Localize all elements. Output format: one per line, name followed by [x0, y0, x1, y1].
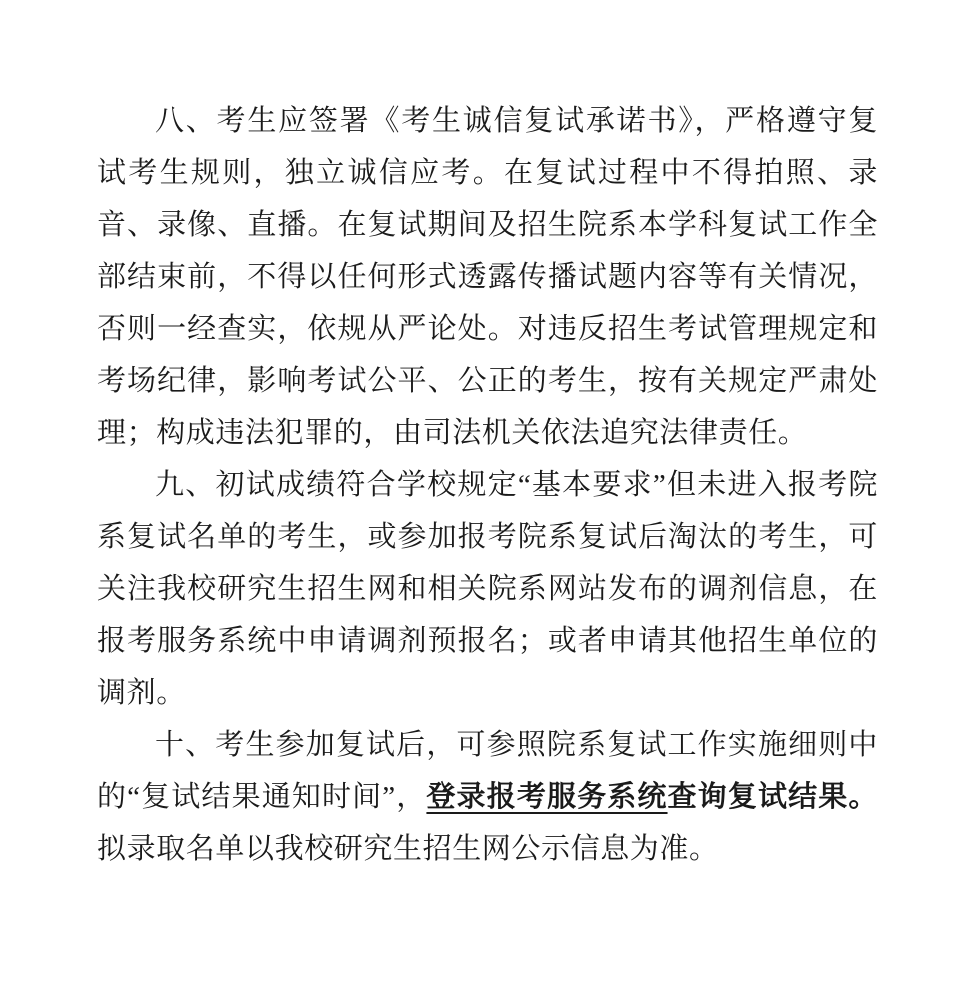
- paragraph-item-8: 八、考生应签署《考生诚信复试承诺书》，严格遵守复试考生规则，独立诚信应考。在复试…: [97, 95, 878, 459]
- paragraph-item-9: 九、初试成绩符合学校规定“基本要求”但未进入报考院系复试名单的考生，或参加报考院…: [97, 459, 878, 719]
- text-run-bold-underline: 登录报考服务系统: [426, 781, 667, 813]
- paragraph-item-10: 十、考生参加复试后，可参照院系复试工作实施细则中的“复试结果通知时间”，登录报考…: [97, 719, 878, 875]
- text-run: 八、考生应签署《考生诚信复试承诺书》，严格遵守复试考生规则，独立诚信应考。在复试…: [97, 105, 878, 449]
- text-run: 拟录取名单以我校研究生招生网公示信息为准。: [97, 833, 719, 865]
- document-page: 八、考生应签署《考生诚信复试承诺书》，严格遵守复试考生规则，独立诚信应考。在复试…: [0, 0, 962, 1008]
- text-run: 九、初试成绩符合学校规定“基本要求”但未进入报考院系复试名单的考生，或参加报考院…: [97, 469, 878, 709]
- text-run-bold: 查询复试结果。: [668, 781, 878, 813]
- document-body: 八、考生应签署《考生诚信复试承诺书》，严格遵守复试考生规则，独立诚信应考。在复试…: [97, 95, 878, 875]
